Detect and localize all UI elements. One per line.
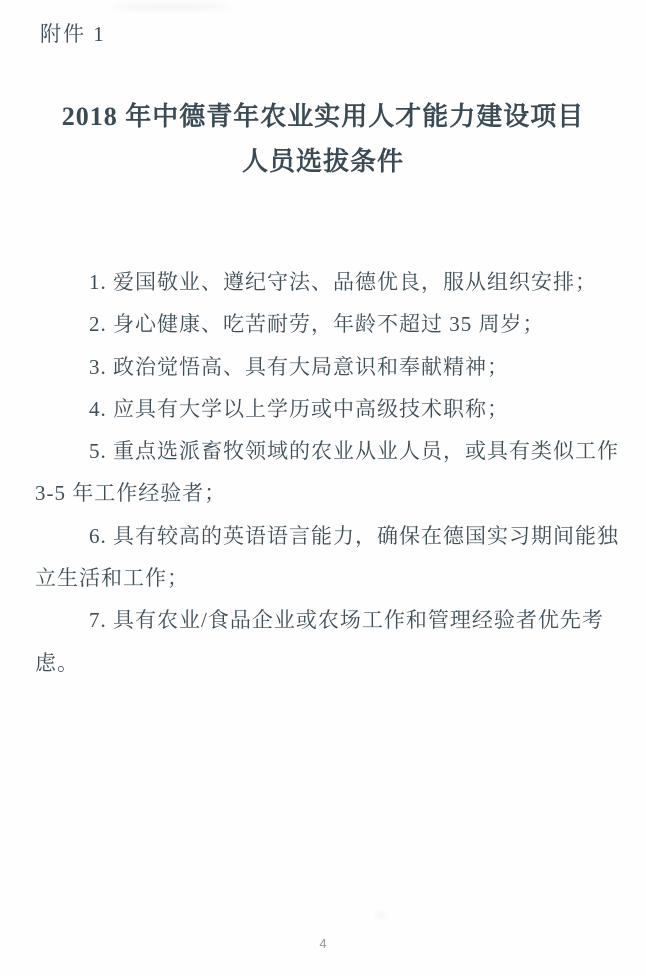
document-title-line-2: 人员选拔条件: [0, 139, 646, 184]
list-item-6-line-1: 6. 具有较高的英语语言能力，确保在德国实习期间能独: [35, 515, 613, 557]
list-item-4-line-1: 4. 应具有大学以上学历或中高级技术职称；: [35, 388, 613, 430]
criteria-list: 1. 爱国敬业、遵纪守法、品德优良，服从组织安排； 2. 身心健康、吃苦耐劳，年…: [35, 261, 613, 684]
list-item-3-line-1: 3. 政治觉悟高、具有大局意识和奉献精神；: [35, 346, 613, 388]
attachment-label: 附件 1: [40, 18, 106, 48]
list-item-5-line-2: 3-5 年工作经验者；: [35, 472, 613, 514]
list-item-6-line-2: 立生活和工作；: [35, 557, 613, 599]
list-item-7-line-2: 虑。: [35, 642, 613, 684]
scan-artifact: [376, 912, 386, 918]
scan-artifact: [110, 4, 230, 10]
document-title-line-1: 2018 年中德青年农业实用人才能力建设项目: [0, 94, 646, 139]
list-item-2-line-1: 2. 身心健康、吃苦耐劳，年龄不超过 35 周岁；: [35, 303, 613, 345]
list-item-5-line-1: 5. 重点选派畜牧领域的农业从业人员，或具有类似工作: [35, 430, 613, 472]
list-item-7-line-1: 7. 具有农业/食品企业或农场工作和管理经验者优先考: [35, 599, 613, 641]
document-page: 附件 1 2018 年中德青年农业实用人才能力建设项目 人员选拔条件 1. 爱国…: [0, 0, 646, 976]
list-item-1-line-1: 1. 爱国敬业、遵纪守法、品德优良，服从组织安排；: [35, 261, 613, 303]
document-title: 2018 年中德青年农业实用人才能力建设项目 人员选拔条件: [0, 94, 646, 184]
page-number: 4: [0, 936, 646, 951]
